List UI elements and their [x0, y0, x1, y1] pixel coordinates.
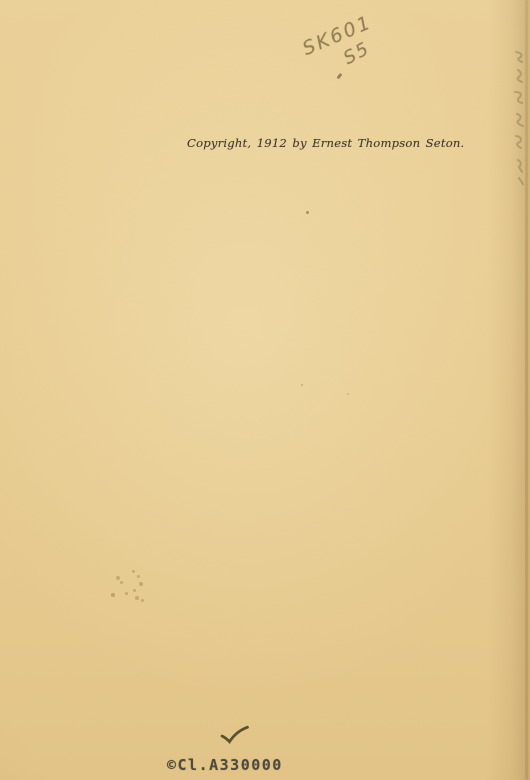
handwritten-checkmark: [218, 723, 252, 747]
foxing-dot: [116, 576, 120, 580]
edge-showthrough-writing: [507, 48, 529, 188]
paper-speck: [347, 393, 349, 395]
copyright-registration-stamp: ©Cl.A330000: [167, 756, 283, 774]
scanned-book-page: SK601 S5 Copyright, 1912 by Ernest Thomp…: [0, 0, 530, 780]
foxing-dot: [120, 581, 123, 584]
foxing-dot: [135, 596, 139, 600]
pencil-tick-mark: [336, 73, 342, 79]
scan-vignette: [0, 0, 530, 780]
foxing-dot: [111, 593, 115, 597]
copyright-notice: Copyright, 1912 by Ernest Thompson Seton…: [187, 136, 464, 150]
paper-speck: [306, 211, 309, 214]
foxing-dot: [132, 570, 135, 573]
foxing-dot: [133, 589, 136, 592]
paper-grain-texture: [0, 0, 530, 780]
foxing-dot: [141, 599, 144, 602]
foxing-dot: [137, 575, 140, 578]
foxing-dot: [125, 592, 128, 595]
foxing-dot: [139, 582, 143, 586]
paper-speck: [301, 384, 303, 386]
